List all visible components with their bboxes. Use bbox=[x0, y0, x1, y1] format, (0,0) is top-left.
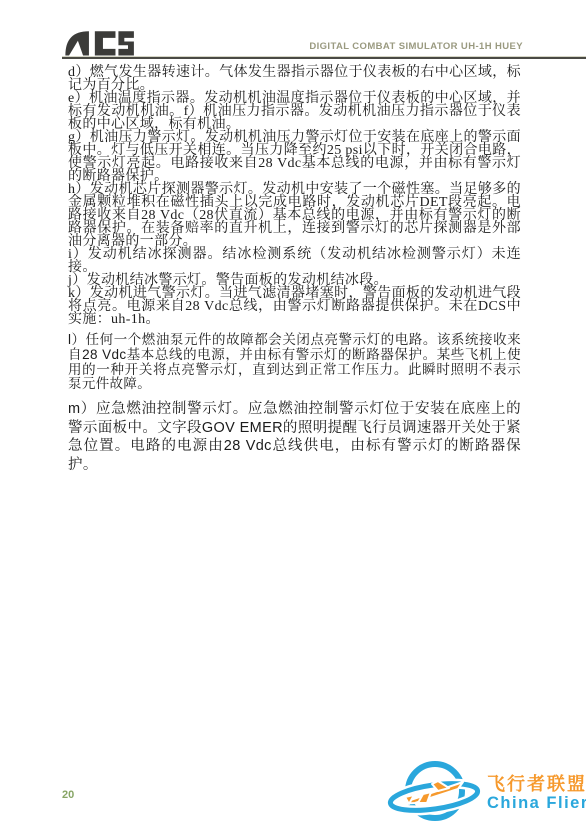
dcs-logo-icon bbox=[62, 29, 138, 57]
header-rule bbox=[62, 56, 586, 59]
header-title: DIGITAL COMBAT SIMULATOR UH-1H HUEY bbox=[223, 41, 523, 52]
paragraph-k: k）发动机进气警示灯。当进气滤清器堵塞时，警告面板的发动机进气段将点亮。电源来自… bbox=[68, 287, 521, 326]
manual-text-block: d）燃气发生器转速计。气体发生器指示器位于仪表板的右中心区域，标记为百分比。 e… bbox=[68, 66, 521, 475]
paragraph-m: m）应急燃油控制警示灯。应急燃油控制警示灯位于安装在底座上的警示面板中。文字段G… bbox=[68, 400, 521, 474]
page-number: 20 bbox=[62, 789, 74, 801]
china-flier-globe-icon bbox=[385, 753, 483, 833]
watermark-en-name: China Flier bbox=[487, 795, 586, 812]
paragraph-g: g）机油压力警示灯。发动机机油压力警示灯位于安装在底座上的警示面板中。灯与低压开… bbox=[68, 131, 521, 183]
paragraph-d: d）燃气发生器转速计。气体发生器指示器位于仪表板的右中心区域，标记为百分比。 bbox=[68, 66, 521, 92]
china-flier-wordmark: 飞行者联盟 China Flier bbox=[487, 775, 586, 812]
paragraph-l: l）任何一个燃油泵元件的故障都会关闭点亮警示灯的电路。该系统接收来自28 Vdc… bbox=[68, 333, 521, 392]
paragraph-h: h）发动机芯片探测器警示灯。发动机中安装了一个磁性塞。当足够多的金属颗粒堆积在磁… bbox=[68, 183, 521, 248]
watermark-cn-name: 飞行者联盟 bbox=[487, 775, 586, 793]
paragraph-e-f: e）机油温度指示器。发动机机油温度指示器位于仪表板的中心区域，并标有发动机机油。… bbox=[68, 92, 521, 131]
paragraph-i: i）发动机结冰探测器。结冰检测系统（发动机结冰检测警示灯）未连接。 bbox=[68, 248, 521, 274]
china-flier-watermark: 飞行者联盟 China Flier bbox=[385, 753, 581, 833]
document-page: DIGITAL COMBAT SIMULATOR UH-1H HUEY d）燃气… bbox=[0, 0, 586, 836]
